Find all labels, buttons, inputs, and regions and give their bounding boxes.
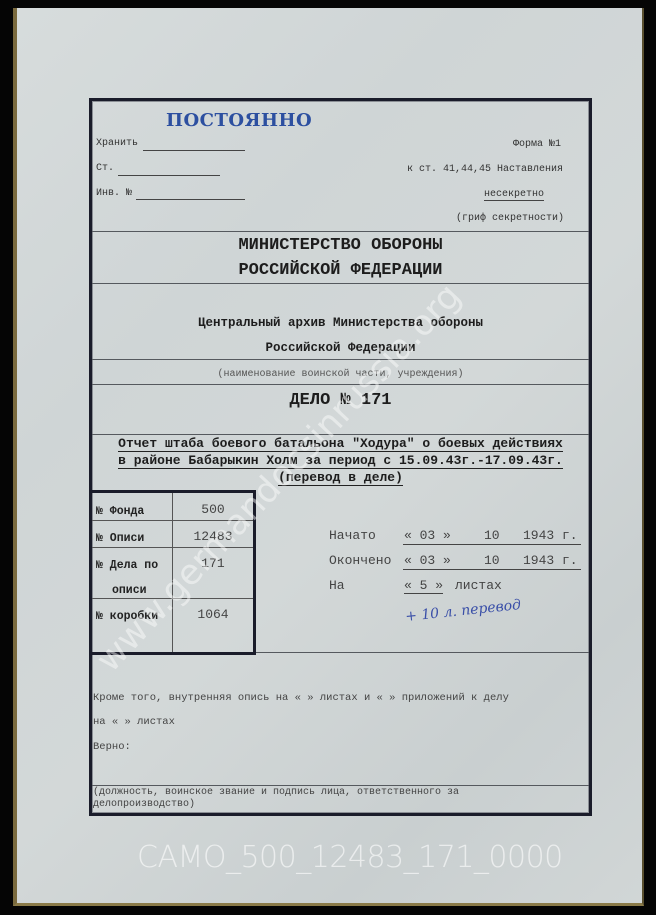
- divider: [92, 283, 589, 284]
- inventory-field-line: [136, 199, 245, 200]
- started-year: 1943 г.: [523, 528, 578, 543]
- sheets-suffix: листах: [455, 578, 502, 593]
- form-number: Форма №1: [513, 139, 561, 150]
- ministry-line-2: РОССИЙСКОЙ ФЕДЕРАЦИИ: [92, 261, 589, 280]
- sheets-line: на « » листах: [93, 716, 175, 728]
- fond-label: № Фонда: [96, 505, 144, 518]
- inventory-label: Инв. №: [96, 188, 132, 199]
- box-number-value: 1064: [173, 607, 253, 622]
- divider: [92, 785, 589, 786]
- unit-caption: (наименование воинской части, учреждения…: [92, 369, 589, 380]
- signature-caption-1: (должность, воинское звание и подпись ли…: [93, 787, 459, 798]
- ended-day: « 03 »: [404, 553, 451, 568]
- permanent-stamp: ПОСТОЯННО: [166, 110, 312, 131]
- started-month: 10: [484, 528, 500, 543]
- divider: [92, 231, 589, 232]
- divider: [92, 359, 589, 360]
- sheets-label: На: [329, 578, 345, 593]
- inventory-line: Кроме того, внутренняя опись на « » лист…: [93, 692, 509, 704]
- sheets-count: « 5 »: [404, 578, 443, 594]
- file-code: CAMO_500_12483_171_0000: [137, 840, 563, 875]
- ended-year: 1943 г.: [523, 553, 578, 568]
- signature-caption-2: делопроизводство): [93, 799, 195, 810]
- ministry-line-1: МИНИСТЕРСТВО ОБОРОНЫ: [92, 236, 589, 255]
- ended-underline: [403, 569, 581, 570]
- case-description-line-2: в районе Бабарыкин Холм за период с 15.0…: [92, 453, 589, 468]
- archive-line-1: Центральный архив Министерства обороны: [92, 316, 589, 330]
- archive-line-2: Российской Федерации: [92, 341, 589, 355]
- article-label: Ст.: [96, 163, 114, 174]
- classification-value: несекретно: [484, 189, 544, 201]
- classification-caption: (гриф секретности): [456, 213, 564, 224]
- divider: [256, 652, 589, 653]
- case-description-line-3: (перевод в деле): [92, 470, 589, 485]
- started-day: « 03 »: [404, 528, 451, 543]
- opis-label: № Описи: [96, 532, 144, 545]
- ended-month: 10: [484, 553, 500, 568]
- keep-label: Хранить: [96, 138, 138, 149]
- delo-label: № Дела по: [96, 559, 158, 572]
- started-underline: [403, 544, 581, 545]
- started-label: Начато: [329, 528, 376, 543]
- keep-field-line: [143, 150, 245, 151]
- certified-label: Верно:: [93, 741, 131, 753]
- article-field-line: [118, 175, 220, 176]
- ended-label: Окончено: [329, 553, 391, 568]
- regulation-reference: к ст. 41,44,45 Наставления: [407, 164, 563, 175]
